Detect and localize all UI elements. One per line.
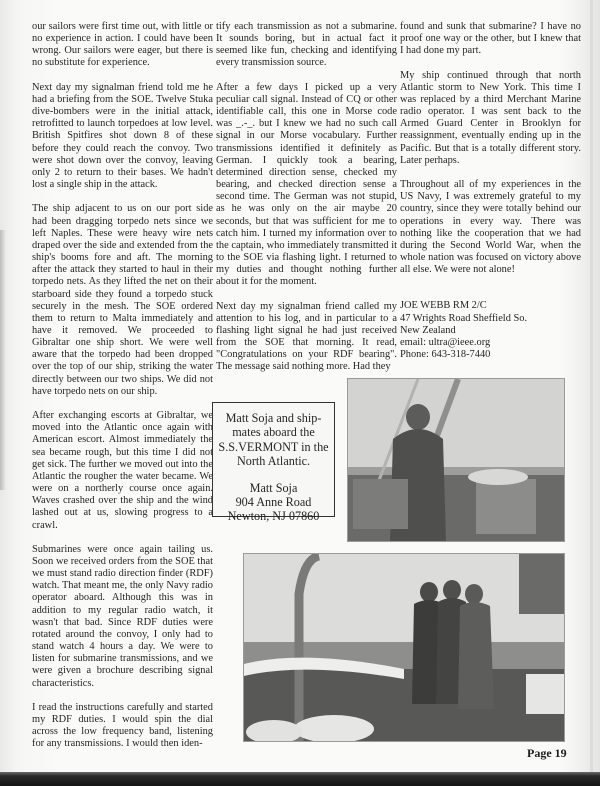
photo-sailor-on-deck	[347, 378, 565, 542]
magazine-page: our sailors were first time out, with li…	[0, 0, 600, 786]
paragraph: Next day my signalman friend told me he …	[32, 82, 213, 191]
caption-line: S.S.VERMONT in the	[213, 440, 334, 454]
page-edge	[590, 0, 593, 786]
caption-line: North Atlantic.	[213, 454, 334, 468]
photo-three-sailors-image	[244, 554, 564, 741]
column-3: found and sunk that submarine? I have no…	[400, 21, 581, 361]
page-bottom-edge	[0, 772, 600, 786]
author-name: JOE WEBB RM 2/C	[400, 300, 581, 312]
page-number: Page 19	[527, 746, 567, 761]
paragraph: found and sunk that submarine? I have no…	[400, 21, 581, 57]
paragraph: After a few days I picked up a very pecu…	[216, 82, 397, 289]
spine-shadow	[0, 230, 6, 490]
author-signature: JOE WEBB RM 2/C 47 Wrights Road Sheffiel…	[400, 300, 581, 361]
contact-city: Newton, NJ 07860	[213, 509, 334, 523]
column-2: tify each transmission as not a submarin…	[216, 21, 397, 386]
photo-sailor-image	[348, 379, 564, 541]
photo-caption-box: Matt Soja and ship- mates aboard the S.S…	[212, 402, 335, 517]
paragraph: Throughout all of my experiences in the …	[400, 179, 581, 276]
paragraph: I read the instructions carefully and st…	[32, 702, 213, 751]
paragraph: The ship adjacent to us on our port side…	[32, 203, 213, 398]
author-address: 47 Wrights Road Sheffield So.	[400, 313, 581, 325]
author-phone: Phone: 643-318-7440	[400, 349, 581, 361]
author-email: email: ultra@ieee.org	[400, 337, 581, 349]
photo-three-sailors	[243, 553, 565, 742]
paragraph: our sailors were first time out, with li…	[32, 21, 213, 70]
caption-line: Matt Soja and ship-	[213, 411, 334, 425]
contact-name: Matt Soja	[213, 481, 334, 495]
author-country: New Zealand	[400, 325, 581, 337]
column-1: our sailors were first time out, with li…	[32, 21, 213, 763]
caption-line: mates aboard the	[213, 425, 334, 439]
paragraph: My ship continued through that north Atl…	[400, 70, 581, 167]
paragraph: Submarines were once again tailing us. S…	[32, 544, 213, 690]
paragraph: tify each transmission as not a submarin…	[216, 21, 397, 70]
contact-street: 904 Anne Road	[213, 495, 334, 509]
paragraph: After exchanging escorts at Gibraltar, w…	[32, 410, 213, 532]
paragraph: Next day my signalman friend called my a…	[216, 301, 397, 374]
